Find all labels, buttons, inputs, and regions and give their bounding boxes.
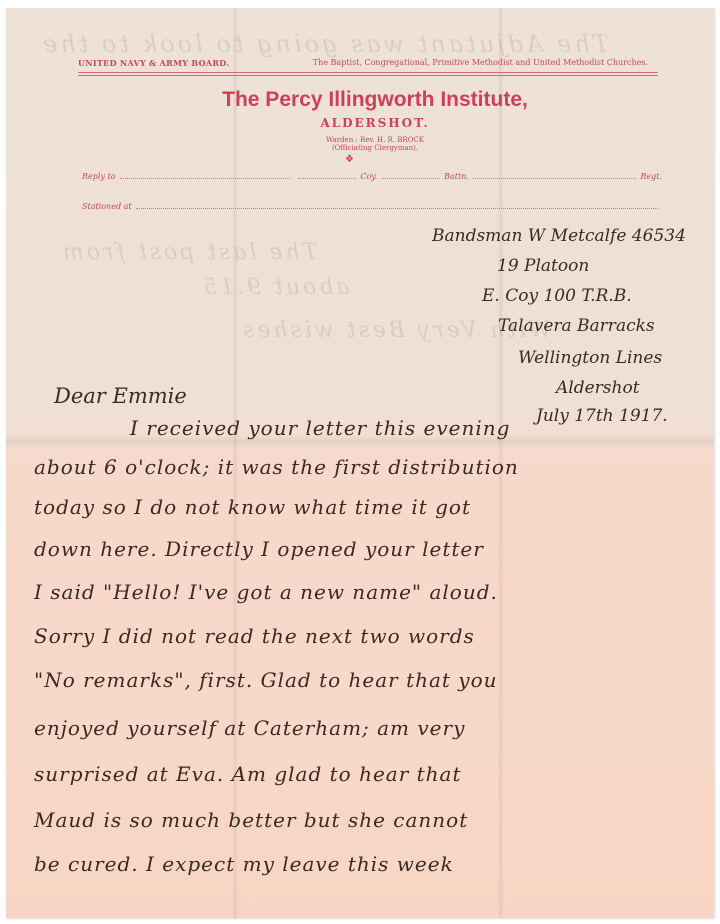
coy-line	[298, 177, 357, 179]
battn-label: Battn.	[444, 172, 469, 181]
letter-line: enjoyed yourself at Caterham; am very	[34, 716, 465, 740]
stationed-at-row: Stationed at	[82, 202, 662, 211]
sender-town: Aldershot	[556, 378, 640, 398]
coy-label: Coy.	[360, 172, 377, 181]
letter-line: I said "Hello! I've got a new name" alou…	[34, 580, 498, 604]
letter-line: "No remarks", first. Glad to hear that y…	[34, 668, 498, 692]
letter-line: down here. Directly I opened your letter	[34, 537, 484, 561]
ornament-icon: ❖	[345, 154, 354, 165]
battn-line	[381, 177, 440, 179]
warden-line: Warden : Rev. H. R. BROCK	[0, 136, 720, 144]
show-through-line: The Adjutant was going to look to the	[40, 30, 609, 58]
reply-to-line	[120, 177, 290, 179]
letterhead-header: UNITED NAVY & ARMY BOARD. The Baptist, C…	[78, 58, 648, 68]
warden-note: (Officiating Clergyman).	[0, 144, 720, 152]
sender-barracks: Talavera Barracks	[498, 316, 655, 336]
stationed-at-line	[136, 207, 658, 209]
letter-line: I received your letter this evening	[130, 416, 510, 440]
letterhead-rule	[78, 72, 658, 73]
institute-title: The Percy Illingworth Institute,	[0, 88, 720, 112]
show-through-line: The last post from	[60, 240, 317, 265]
letter-line: Sorry I did not read the next two words	[34, 624, 475, 648]
regt-label: Regt.	[640, 172, 662, 181]
board-name: UNITED NAVY & ARMY BOARD.	[78, 58, 229, 68]
reply-to-label: Reply to	[82, 172, 116, 181]
sender-name: Bandsman W Metcalfe 46534	[432, 226, 686, 246]
churches-line: The Baptist, Congregational, Primitive M…	[313, 58, 648, 68]
regt-line	[473, 177, 636, 179]
letter-line: today so I do not know what time it got	[34, 495, 471, 519]
institute-city: ALDERSHOT.	[0, 116, 720, 130]
sender-platoon: 19 Platoon	[497, 256, 589, 276]
letter-date: July 17th 1917.	[536, 406, 668, 426]
letter-line: Maud is so much better but she cannot	[34, 808, 468, 832]
show-through-line: about 9.15	[200, 275, 349, 300]
letter-line: surprised at Eva. Am glad to hear that	[34, 762, 462, 786]
reply-to-row: Reply to Coy. Battn. Regt.	[82, 172, 662, 181]
letter-line: be cured. I expect my leave this week	[34, 852, 454, 876]
letterhead-rule	[78, 75, 658, 76]
letter-line: about 6 o'clock; it was the first distri…	[34, 455, 519, 479]
salutation: Dear Emmie	[54, 384, 187, 408]
sender-company: E. Coy 100 T.R.B.	[482, 286, 632, 306]
stationed-at-label: Stationed at	[82, 202, 132, 211]
sender-lines: Wellington Lines	[518, 348, 662, 368]
